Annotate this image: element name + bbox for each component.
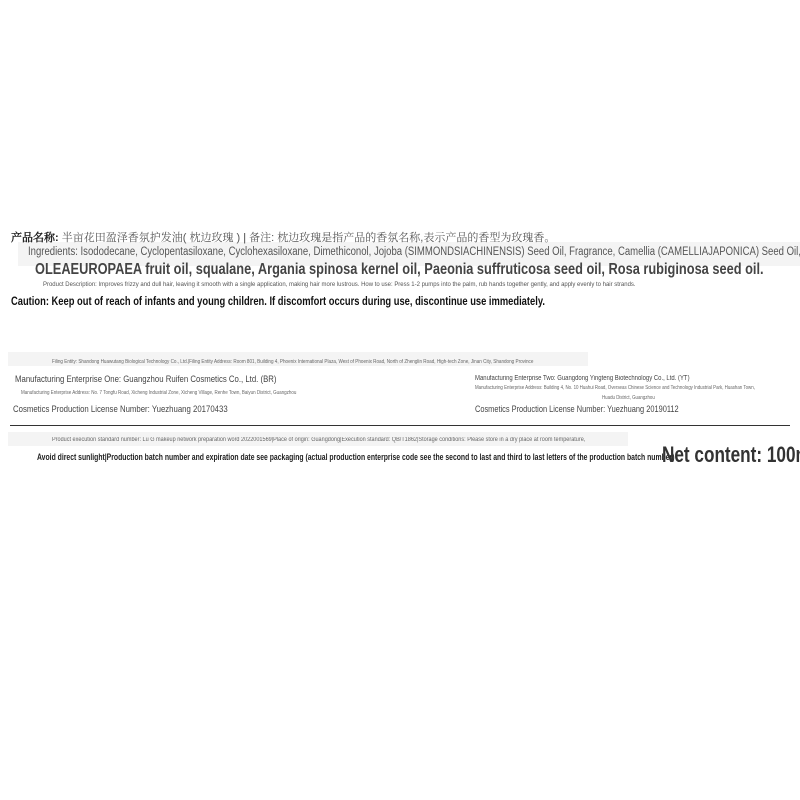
manufacturer-one-address: Manufacturing Enterprise Address: No. 7 … (21, 390, 296, 396)
ingredients-line-1: Ingredients: Isododecane, Cyclopentasilo… (28, 246, 800, 258)
net-content: Net content: 100m (662, 442, 800, 468)
ingredients-line-2: OLEAEUROPAEA fruit oil, squalane, Argani… (35, 261, 764, 279)
manufacturer-two-address: Manufacturing Enterprise Address: Buildi… (475, 385, 755, 391)
remark-label: 备注: (249, 232, 274, 244)
batch-info: Avoid direct sunlight|Production batch n… (37, 452, 674, 462)
manufacturer-two-license: Cosmetics Production License Number: Yue… (475, 404, 679, 415)
caution-text: Caution: Keep out of reach of infants an… (11, 294, 545, 308)
product-name-label: 产品名称: (11, 232, 59, 244)
divider (10, 425, 790, 426)
product-description: Product Description: Improves frizzy and… (43, 281, 636, 288)
filing-entity: Filing Entity: Shandong Huawutang Biolog… (52, 359, 533, 365)
product-name-value: 半亩花田盈泽香氛护发油( 枕边玫瑰 ) (62, 232, 240, 244)
execution-standard: Product execution standard number: Lu G … (52, 437, 585, 443)
product-name-line: 产品名称: 半亩花田盈泽香氛护发油( 枕边玫瑰 ) | 备注: 枕边玫瑰是指产品… (11, 229, 555, 245)
manufacturer-two-address-2: Huadu District, Guangzhou (602, 395, 655, 401)
manufacturer-one-license: Cosmetics Production License Number: Yue… (13, 404, 228, 415)
manufacturer-one-name: Manufacturing Enterprise One: Guangzhou … (15, 374, 277, 385)
remark-value: 枕边玫瑰是指产品的香氛名称,表示产品的香型为玫瑰香。 (277, 232, 555, 244)
separator: | (240, 232, 249, 244)
manufacturer-two-name: Manufacturing Enterprise Two: Guangdong … (475, 375, 690, 382)
